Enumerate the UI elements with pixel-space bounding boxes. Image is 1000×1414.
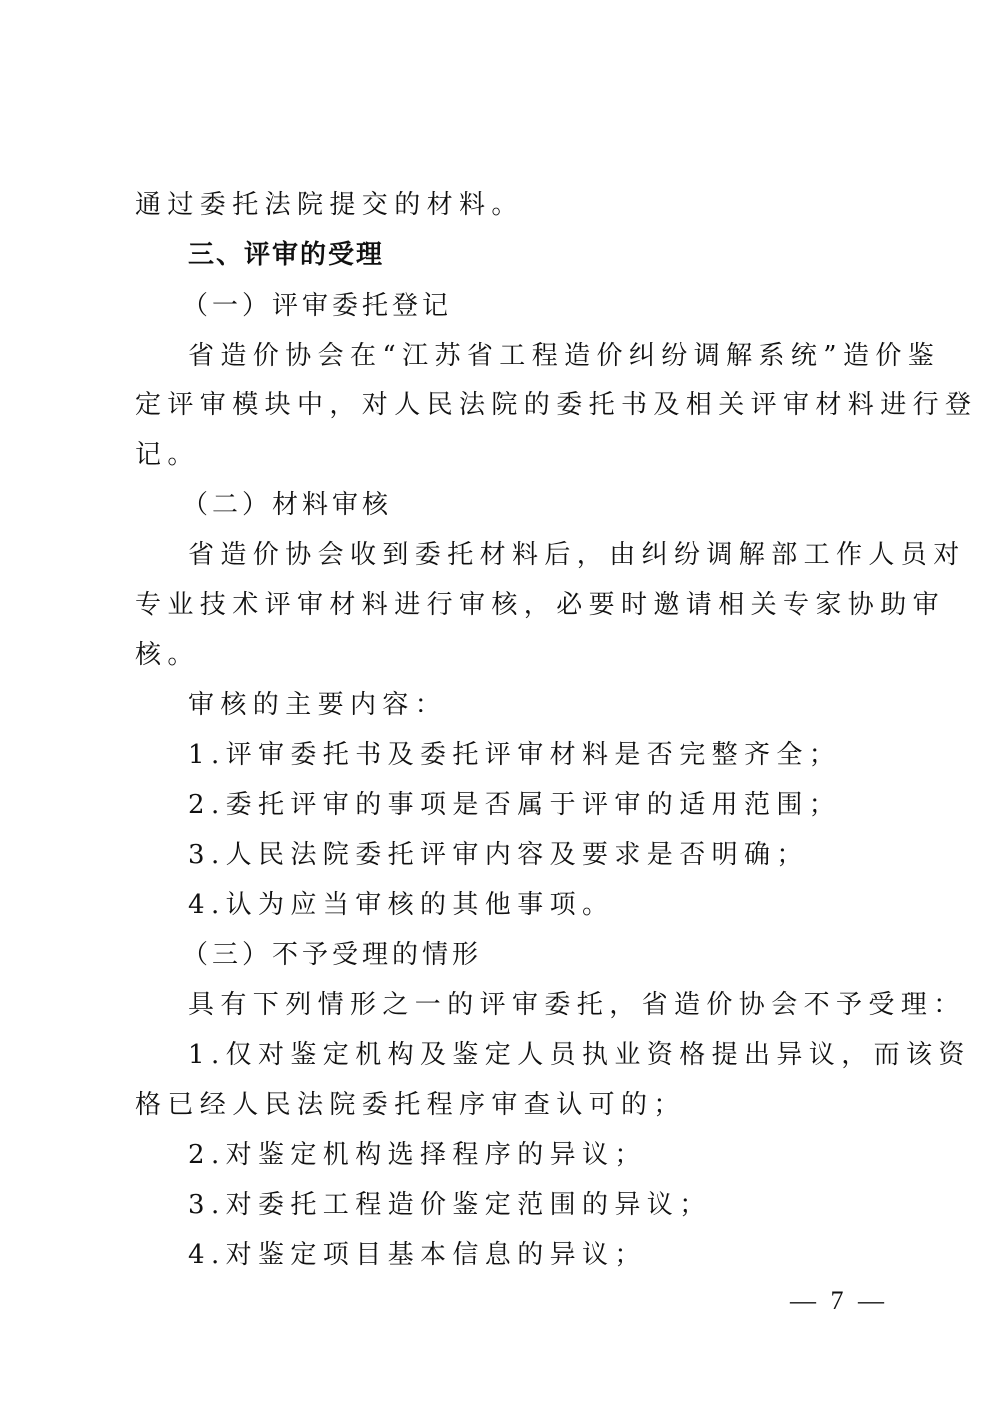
paragraph-line: 省造价协会在“江苏省工程造价纠纷调解系统”造价鉴 xyxy=(188,341,888,371)
list-item: 4.认为应当审核的其他事项。 xyxy=(188,890,888,920)
list-item: 4.对鉴定项目基本信息的异议； xyxy=(188,1240,888,1270)
paragraph-line: 记。 xyxy=(135,440,835,470)
sub-heading-1: （一）评审委托登记 xyxy=(182,291,882,321)
paragraph-line: 审核的主要内容： xyxy=(188,690,888,720)
paragraph-line: 具有下列情形之一的评审委托，省造价协会不予受理： xyxy=(188,990,888,1020)
list-item: 2.委托评审的事项是否属于评审的适用范围； xyxy=(188,790,888,820)
page-number: — 7 — xyxy=(790,1286,888,1316)
paragraph-line: 定评审模块中，对人民法院的委托书及相关评审材料进行登 xyxy=(135,390,835,420)
document-page: 通过委托法院提交的材料。 三、评审的受理 （一）评审委托登记 省造价协会在“江苏… xyxy=(0,0,1000,1414)
list-item-continuation: 格已经人民法院委托程序审查认可的； xyxy=(135,1090,835,1120)
paragraph-line: 核。 xyxy=(135,640,835,670)
paragraph-line: 专业技术评审材料进行审核，必要时邀请相关专家协助审 xyxy=(135,590,835,620)
sub-heading-3: （三）不予受理的情形 xyxy=(182,940,882,970)
list-item: 3.对委托工程造价鉴定范围的异议； xyxy=(188,1190,888,1220)
section-heading-3: 三、评审的受理 xyxy=(188,240,888,270)
paragraph-line: 省造价协会收到委托材料后，由纠纷调解部工作人员对 xyxy=(188,540,888,570)
list-item: 1.仅对鉴定机构及鉴定人员执业资格提出异议，而该资 xyxy=(188,1040,888,1070)
list-item: 3.人民法院委托评审内容及要求是否明确； xyxy=(188,840,888,870)
paragraph-continuation: 通过委托法院提交的材料。 xyxy=(135,190,835,220)
list-item: 1.评审委托书及委托评审材料是否完整齐全； xyxy=(188,740,888,770)
sub-heading-2: （二）材料审核 xyxy=(182,490,882,520)
list-item: 2.对鉴定机构选择程序的异议； xyxy=(188,1140,888,1170)
